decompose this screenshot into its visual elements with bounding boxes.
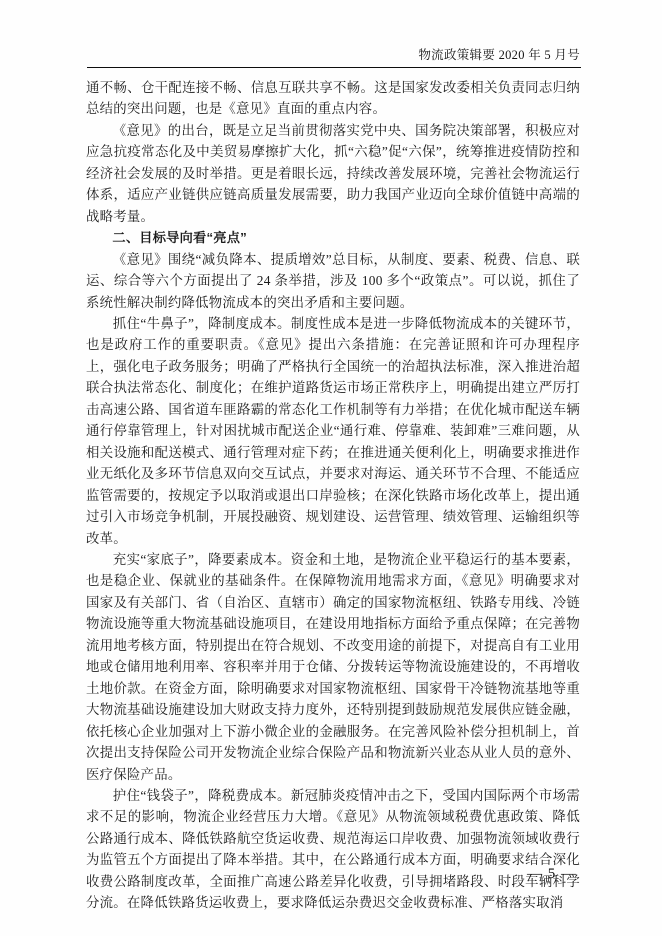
header-rule (87, 67, 581, 68)
paragraph-tax-fee-cost: 护住“钱袋子”，降税费成本。新冠肺炎疫情冲击之下，受国内国际两个市场需求不足的影… (86, 785, 580, 914)
journal-title: 物流政策辑要 2020 年 5 月号 (418, 48, 580, 62)
page-footer: — 5 — (86, 866, 577, 883)
paragraph-continuation: 通不畅、仓干配连接不畅、信息互联共享不畅。这是国家发改委相关负责同志归纳总结的突… (86, 77, 580, 120)
paragraph-factor-cost: 充实“家底子”，降要素成本。资金和土地，是物流企业平稳运行的基本要素，也是稳企业… (86, 549, 580, 785)
section-heading: 二、目标导向看“亮点” (86, 227, 580, 248)
paragraph-intent: 《意见》的出台，既是立足当前贯彻落实党中央、国务院决策部署，积极应对应急抗疫常态… (86, 120, 580, 227)
document-page: 物流政策辑要 2020 年 5 月号 通不畅、仓干配连接不畅、信息互联共享不畅。… (0, 0, 662, 936)
page-content: 通不畅、仓干配连接不畅、信息互联共享不畅。这是国家发改委相关负责同志归纳总结的突… (86, 77, 580, 914)
page-number: — 5 — (527, 866, 577, 882)
paragraph-institutional-cost: 抓住“牛鼻子”，降制度成本。制度性成本是进一步降低物流成本的关键环节，也是政府工… (86, 313, 580, 549)
paragraph-overview: 《意见》围绕“减负降本、提质增效”总目标，从制度、要素、税费、信息、联运、综合等… (86, 249, 580, 313)
page-header: 物流政策辑要 2020 年 5 月号 (86, 48, 580, 63)
